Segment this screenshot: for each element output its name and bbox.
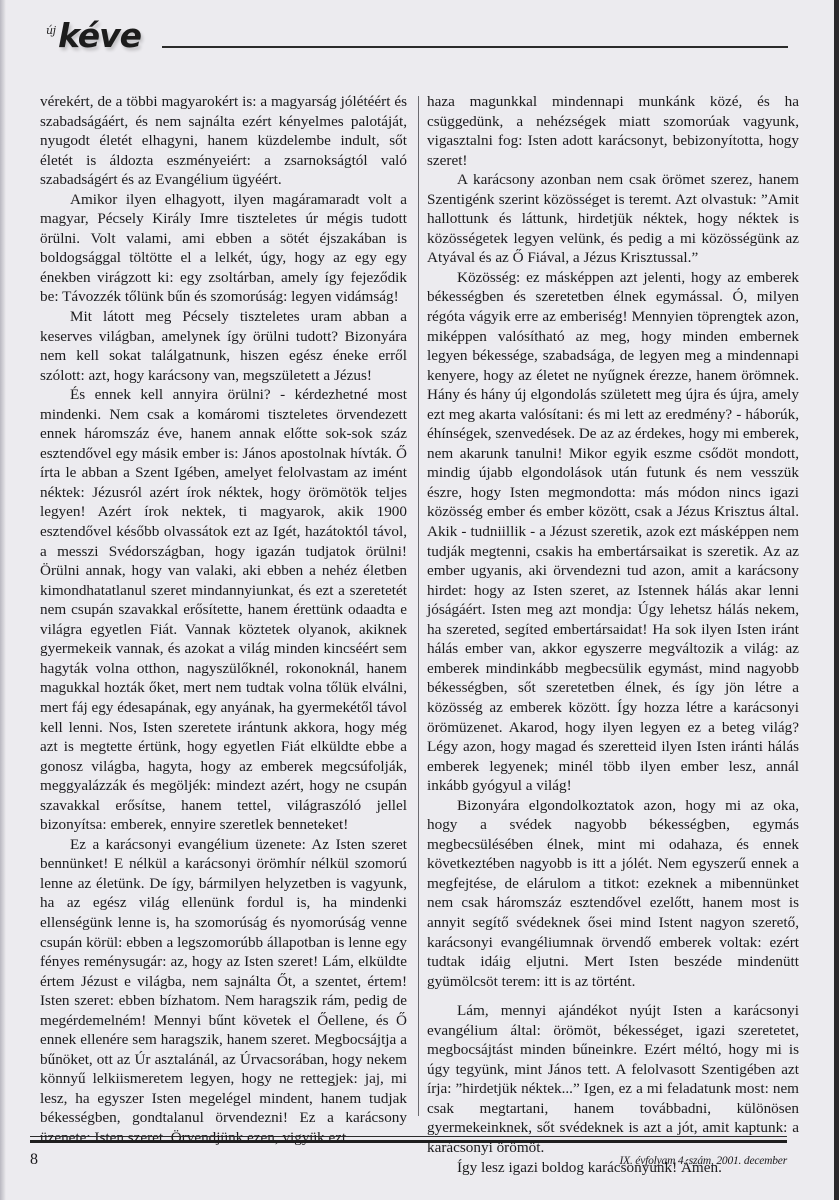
- paragraph: Bizonyára elgondolkoztatok azon, hogy mi…: [427, 796, 799, 991]
- paragraph: Ez a karácsonyi evangélium üzenete: Az I…: [40, 835, 407, 1148]
- scan-edge-right: [834, 0, 839, 1200]
- article-body: vérekért, de a többi magyarokért is: a m…: [40, 92, 810, 1122]
- issue-info: IX. évfolyam 4. szám, 2001. december: [620, 1155, 788, 1167]
- footer-rule-thin: [30, 1136, 787, 1137]
- paragraph: haza magunkkal mindennapi munkánk közé, …: [427, 92, 799, 170]
- masthead: új kéve: [44, 22, 788, 72]
- paragraph: Lám, mennyi ajándékot nyújt Isten a kará…: [427, 1001, 799, 1157]
- page-number: 8: [30, 1151, 38, 1169]
- footer-rule-thick: [30, 1140, 787, 1143]
- masthead-title: kéve: [58, 16, 141, 55]
- paragraph: A karácsony azonban nem csak örömet szer…: [427, 170, 799, 268]
- left-column: vérekért, de a többi magyarokért is: a m…: [40, 92, 407, 1148]
- paragraph: És ennek kell annyira örülni? - kérdezhe…: [40, 385, 407, 835]
- masthead-prefix: új: [46, 24, 56, 37]
- paragraph: vérekért, de a többi magyarokért is: a m…: [40, 92, 407, 190]
- right-column: haza magunkkal mindennapi munkánk közé, …: [427, 92, 799, 1177]
- paragraph: Amikor ilyen elhagyott, ilyen magáramara…: [40, 190, 407, 307]
- paragraph: Közösség: ez másképpen azt jelenti, hogy…: [427, 268, 799, 796]
- scan-edge-left: [0, 0, 6, 1200]
- column-divider: [418, 96, 419, 1116]
- masthead-rule: [162, 46, 788, 48]
- paragraph: Mit látott meg Pécsely tiszteletes uram …: [40, 307, 407, 385]
